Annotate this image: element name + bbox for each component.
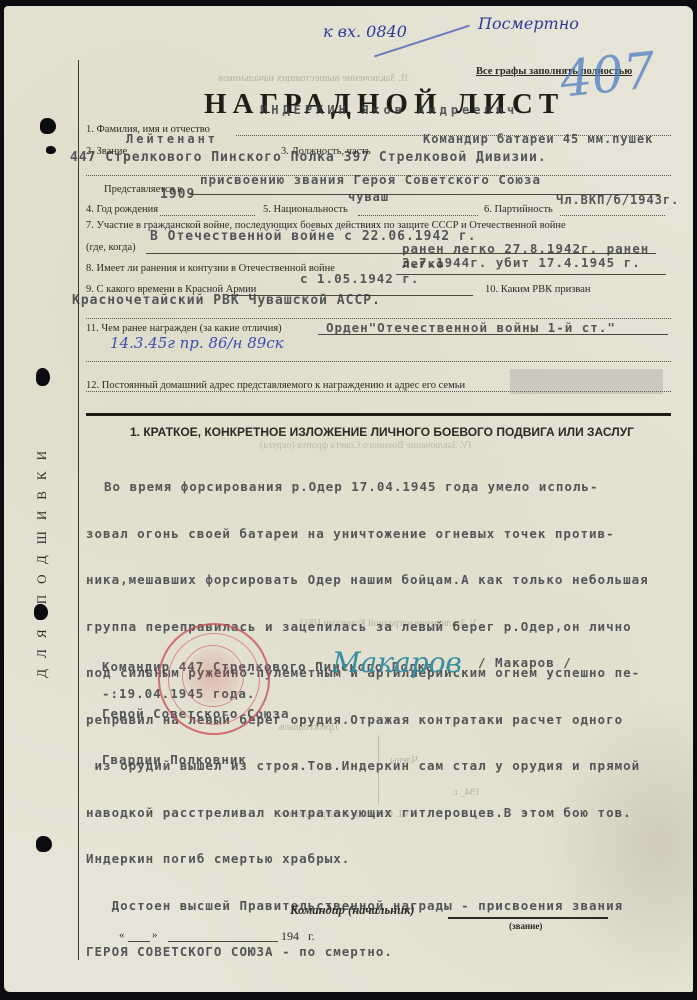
prior-awards-handwritten: 14.3.45г пр. 86/н 89ск [110,334,284,352]
full-name-value: ИНДЕРКИН Яков Андреевич [260,103,518,117]
achievement-line: зовал огонь своей батареи на уничтожение… [86,526,649,542]
faint-divider [378,735,379,805]
conscription-label: 10. Каким РВК призван [485,284,590,295]
signature-handwritten: Макаров [332,646,462,679]
achievement-line: Индеркин погиб смертью храбрых. [86,851,649,867]
punch-hole [36,836,52,852]
achievement-line: ника,мешавших форсировать Одер нашим бой… [86,572,649,588]
presented-value: присвоению звания Героя Советского Союза [200,172,541,187]
date-quote-close: » [152,929,158,941]
regiment-seal [158,623,270,735]
year-label: 194 г. [281,929,315,944]
war-participation-label-2: (где, когда) [86,242,136,253]
achievement-line: ГЕРОЯ СОВЕТСКОГО СОЮЗА - по смертно. [86,944,649,960]
wounds-value-2: 3.7.1944г. убит 17.4.1945 г. [402,255,641,270]
fill-line [86,391,671,392]
birth-year-label: 4. Год рождения [86,204,158,215]
position-value: Командир батареи 45 мм.пушек [423,132,653,146]
commander-signature-line [448,917,608,919]
date-quote-open: « [119,929,125,941]
signer-name: / Макаров / [478,655,572,670]
unit-value: 447 Стрелкового Пинского Полка 397 Стрел… [70,150,547,165]
punch-hole [40,118,56,134]
birth-year-value: 1909 [160,187,195,202]
month-line [168,941,278,942]
posthumous-note: Посмертно [478,14,579,33]
conscription-value: Красночетайский РВК Чувашской АССР. [72,293,381,308]
file-number-handwritten: 407 [557,41,658,109]
rank-caption: (звание) [509,921,542,931]
faint-bleed-through: Члены [390,755,418,766]
fill-line [560,215,665,216]
fill-line [318,334,668,335]
wounds-label: 8. Имеет ли ранения и контузии в Отечест… [86,263,335,274]
party-label: 6. Партийность [484,204,553,215]
faint-bleed-through: Председатель [278,722,338,733]
achievement-line: Во время форсирования р.Одер 17.04.1945 … [86,479,649,495]
prior-awards-label: 11. Чем ранее награжден (за какие отличи… [86,323,282,334]
faint-bleed-through: VI. Отметки о награждении [280,808,410,820]
day-line [128,941,150,942]
fill-line [160,215,255,216]
fill-line [396,274,666,275]
signer-title: Герой Советского Союза [102,706,435,722]
rank-value: Лейтенант [126,132,218,146]
fill-line [86,361,671,362]
commander-label: Командир (начальник) [290,903,415,918]
party-value: Чл.ВКП/б/1943г. [556,193,679,207]
army-since-value: с 1.05.1942 г. [300,271,419,286]
punch-hole [36,368,50,386]
signer-rank: Гвардии Полковник [102,752,435,768]
fill-line [86,318,671,319]
nationality-value: чуваш [348,190,389,204]
faint-bleed-through: II. Заключение вышестоящих начальников [218,73,408,84]
section1-heading: 1. КРАТКОЕ, КОНКРЕТНОЕ ИЗЛОЖЕНИЕ ЛИЧНОГО… [130,425,634,439]
punch-hole [46,146,56,154]
fill-line [358,215,478,216]
binding-margin-line [78,60,79,960]
home-address-label: 12. Постоянный домашний адрес представля… [86,380,465,391]
section-divider [86,413,671,416]
margin-label: ДЛЯ ПОДШИВКИ [34,440,50,678]
faint-bleed-through: 194_ г. [452,787,480,798]
prior-awards-value: Орден"Отечественной войны 1-й ст." [326,320,616,335]
nationality-label: 5. Национальность [263,204,348,215]
incoming-number-note: к вх. 0840 [323,22,407,41]
